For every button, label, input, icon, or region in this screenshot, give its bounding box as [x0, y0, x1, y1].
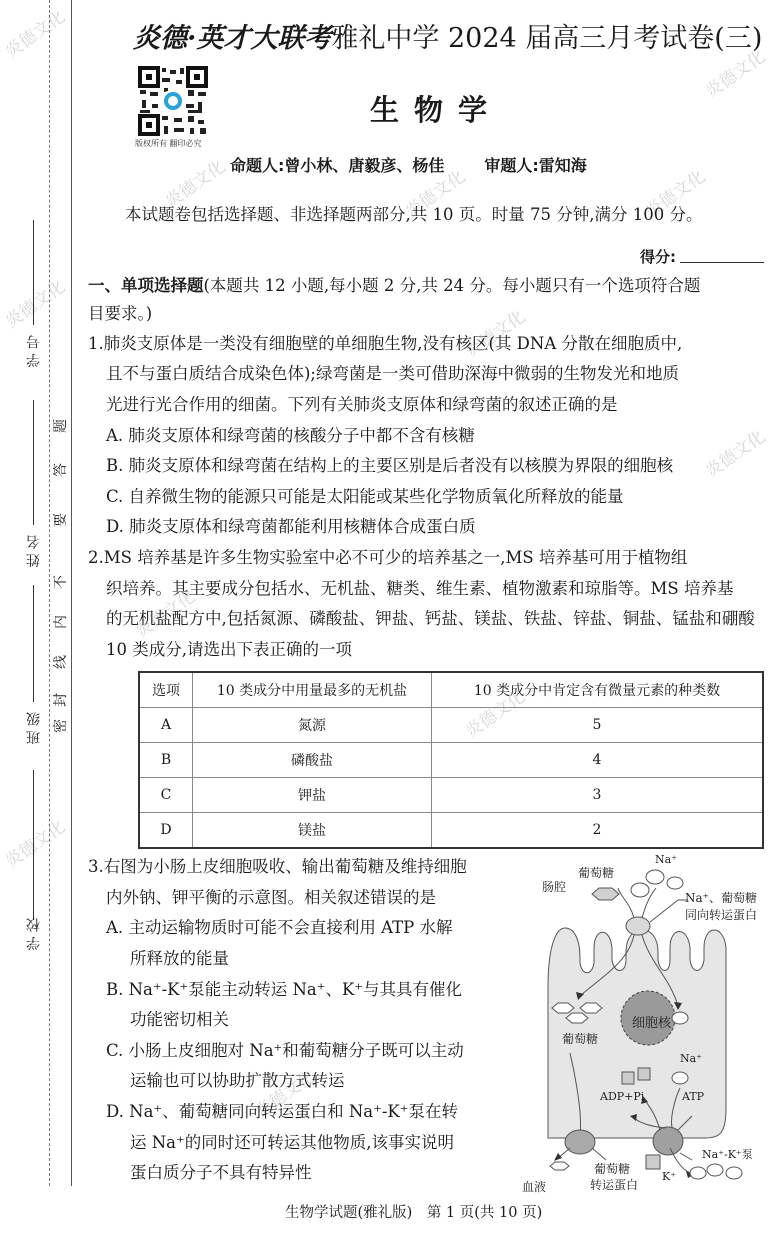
table-cell: 磷酸盐: [193, 743, 432, 778]
seal-char: 内: [50, 615, 70, 629]
table-cell: C: [139, 778, 193, 813]
label-nucleus: 细胞核: [632, 1012, 671, 1031]
question-number: 3.: [88, 857, 104, 876]
stem-line: 光进行光合作用的细菌。下列有关肺炎支原体和绿弯菌的叙述正确的是: [106, 395, 618, 415]
watermark: 炎德文化: [159, 153, 229, 212]
qr-code[interactable]: [138, 66, 208, 136]
option-a[interactable]: A. 肺炎支原体和绿弯菌的核酸分子中都不含有核糖: [106, 426, 475, 446]
seal-char: 密: [50, 719, 70, 733]
brand-name: 炎德·英才大联考: [133, 23, 331, 54]
watermark: 炎德文化: [699, 423, 769, 482]
watermark: 炎德文化: [0, 813, 69, 872]
section-desc: (本题共 12 小题,每小题 2 分,共 24 分。每小题只有一个选项符合题: [204, 276, 701, 295]
table-cell: 4: [432, 743, 764, 778]
margin-solid-line: [71, 0, 72, 1186]
seal-char: 题: [50, 419, 70, 433]
seal-char: 要: [50, 513, 70, 527]
seal-char: 封: [50, 693, 70, 707]
stem-line: 右图为小肠上皮细胞吸收、输出葡萄糖及维持细胞: [104, 857, 467, 876]
question-2-table: 选项 10 类成分中用量最多的无机盐 10 类成分中肯定含有微量元素的种类数 A…: [138, 671, 764, 849]
label-blood: 血液: [522, 1178, 546, 1195]
option-d[interactable]: D. Na⁺、葡萄糖同向转运蛋白和 Na⁺-K⁺泵在转: [106, 1102, 458, 1122]
option-b-cont: 功能密切相关: [130, 1010, 229, 1030]
seal-dashed-line: [49, 0, 50, 1186]
name-field[interactable]: [33, 400, 34, 525]
table-cell: 镁盐: [193, 813, 432, 849]
qr-caption: 版权所有 翻印必究: [135, 138, 202, 149]
label-adp-pi: ADP+Pi: [600, 1090, 644, 1103]
table-cell: 2: [432, 813, 764, 849]
option-a-cont: 所释放的能量: [130, 949, 229, 969]
label-na-top: Na⁺: [655, 853, 677, 866]
label-na-inner: Na⁺: [680, 1052, 702, 1065]
authors: 命题人:曾小林、唐毅彦、杨佳: [230, 156, 444, 175]
reviewer: 审题人:雷知海: [484, 156, 586, 175]
label-glucose-top: 葡萄糖: [578, 864, 614, 881]
class-field[interactable]: [33, 585, 34, 702]
label-atp: ATP: [682, 1090, 704, 1103]
seal-char: 答: [50, 463, 70, 477]
label-lumen: 肠腔: [542, 878, 566, 895]
section-heading: 一、单项选择题(本题共 12 小题,每小题 2 分,共 24 分。每小题只有一个…: [88, 276, 700, 296]
page-footer: 生物学试题(雅礼版) 第 1 页(共 10 页): [285, 1201, 542, 1222]
table-cell: 氮源: [193, 708, 432, 743]
stem-line: 且不与蛋白质结合成染色体);绿弯菌是一类可借助深海中微弱的生物发光和地质: [106, 364, 679, 384]
qr-code-icon: [138, 66, 208, 136]
exam-instructions: 本试题卷包括选择题、非选择题两部分,共 10 页。时量 75 分钟,满分 100…: [125, 205, 702, 225]
table-cell: A: [139, 708, 193, 743]
section-title: 一、单项选择题: [88, 276, 204, 295]
name-label: 姓 名: [24, 535, 44, 567]
seal-char: 线: [50, 655, 70, 669]
label-na-k-pump: Na⁺-K⁺泵: [702, 1146, 753, 1162]
seal-char: 不: [50, 575, 70, 589]
table-header: 10 类成分中肯定含有微量元素的种类数: [432, 672, 764, 708]
table-cell: D: [139, 813, 193, 849]
intestinal-cell-diagram: 肠腔 葡萄糖 Na⁺ Na⁺、葡萄糖 同向转运蛋白 细胞核 葡萄糖 Na⁺ AD…: [520, 848, 780, 1198]
exam-title-text: 雅礼中学 2024 届高三月考试卷(三): [331, 23, 762, 54]
class-label: 班 级: [24, 712, 44, 744]
table-cell: 钾盐: [193, 778, 432, 813]
option-c[interactable]: C. 小肠上皮细胞对 Na⁺和葡萄糖分子既可以主动: [106, 1041, 464, 1061]
stem-line: 的无机盐配方中,包括氮源、磷酸盐、钾盐、钙盐、镁盐、铁盐、锌盐、铜盐、锰盐和硼酸: [106, 609, 755, 629]
subject-title: 生物学: [370, 88, 502, 129]
question-2-stem: 2.MS 培养基是许多生物实验室中必不可少的培养基之一,MS 培养基可用于植物组: [88, 548, 687, 568]
question-number: 2.: [88, 548, 104, 567]
label-glut-2: 转运蛋白: [590, 1176, 638, 1193]
table-row[interactable]: C 钾盐 3: [139, 778, 763, 813]
student-id-label: 学 号: [24, 335, 44, 367]
watermark: 炎德文化: [0, 3, 69, 62]
stem-line: 10 类成分,请选出下表正确的一项: [106, 640, 352, 660]
label-symporter-2: 同向转运蛋白: [685, 906, 757, 923]
watermark: 炎德文化: [0, 273, 69, 332]
option-a[interactable]: A. 主动运输物质时可能不会直接利用 ATP 水解: [106, 918, 453, 938]
label-glucose-inner: 葡萄糖: [562, 1030, 598, 1047]
section-desc-cont: 目要求。): [88, 304, 152, 324]
option-d-cont: 蛋白质分子不具有特异性: [130, 1163, 312, 1183]
table-cell: 3: [432, 778, 764, 813]
table-header-row: 选项 10 类成分中用量最多的无机盐 10 类成分中肯定含有微量元素的种类数: [139, 672, 763, 708]
table-cell: B: [139, 743, 193, 778]
school-label: 学 校: [24, 918, 44, 950]
table-header: 选项: [139, 672, 193, 708]
stem-line: MS 培养基是许多生物实验室中必不可少的培养基之一,MS 培养基可用于植物组: [104, 548, 688, 567]
option-d-cont: 运 Na⁺的同时还可转运其他物质,该事实说明: [130, 1133, 454, 1153]
school-field[interactable]: [33, 770, 34, 920]
table-row[interactable]: A 氮源 5: [139, 708, 763, 743]
student-id-field[interactable]: [33, 220, 34, 325]
table-row[interactable]: B 磷酸盐 4: [139, 743, 763, 778]
question-number: 1.: [88, 334, 104, 353]
question-3-stem: 3.右图为小肠上皮细胞吸收、输出葡萄糖及维持细胞: [88, 857, 467, 877]
label-k: K⁺: [662, 1170, 676, 1183]
table-cell: 5: [432, 708, 764, 743]
score-label: 得分:: [640, 246, 676, 267]
label-glut-1: 葡萄糖: [594, 1160, 630, 1177]
option-b[interactable]: B. 肺炎支原体和绿弯菌在结构上的主要区别是后者没有以核膜为界限的细胞核: [106, 456, 673, 476]
table-row[interactable]: D 镁盐 2: [139, 813, 763, 849]
stem-line: 织培养。其主要成分包括水、无机盐、糖类、维生素、植物激素和琼脂等。MS 培养基: [106, 579, 733, 599]
table-header: 10 类成分中用量最多的无机盐: [193, 672, 432, 708]
stem-line: 肺炎支原体是一类没有细胞壁的单细胞生物,没有核区(其 DNA 分散在细胞质中,: [104, 334, 683, 353]
question-1-stem: 1.肺炎支原体是一类没有细胞壁的单细胞生物,没有核区(其 DNA 分散在细胞质中…: [88, 334, 682, 354]
stem-line: 内外钠、钾平衡的示意图。相关叙述错误的是: [106, 888, 436, 908]
author-line: 命题人:曾小林、唐毅彦、杨佳审题人:雷知海: [230, 153, 587, 176]
option-c-cont: 运输也可以协助扩散方式转运: [130, 1071, 345, 1091]
score-field[interactable]: [680, 262, 764, 263]
option-c[interactable]: C. 自养微生物的能源只可能是太阳能或某些化学物质氧化所释放的能量: [106, 487, 624, 507]
exam-title: 炎德·英才大联考雅礼中学 2024 届高三月考试卷(三): [133, 16, 762, 55]
option-b[interactable]: B. Na⁺-K⁺泵能主动转运 Na⁺、K⁺与其具有催化: [106, 980, 462, 1000]
label-symporter-1: Na⁺、葡萄糖: [685, 889, 757, 906]
option-d[interactable]: D. 肺炎支原体和绿弯菌都能利用核糖体合成蛋白质: [106, 517, 476, 537]
